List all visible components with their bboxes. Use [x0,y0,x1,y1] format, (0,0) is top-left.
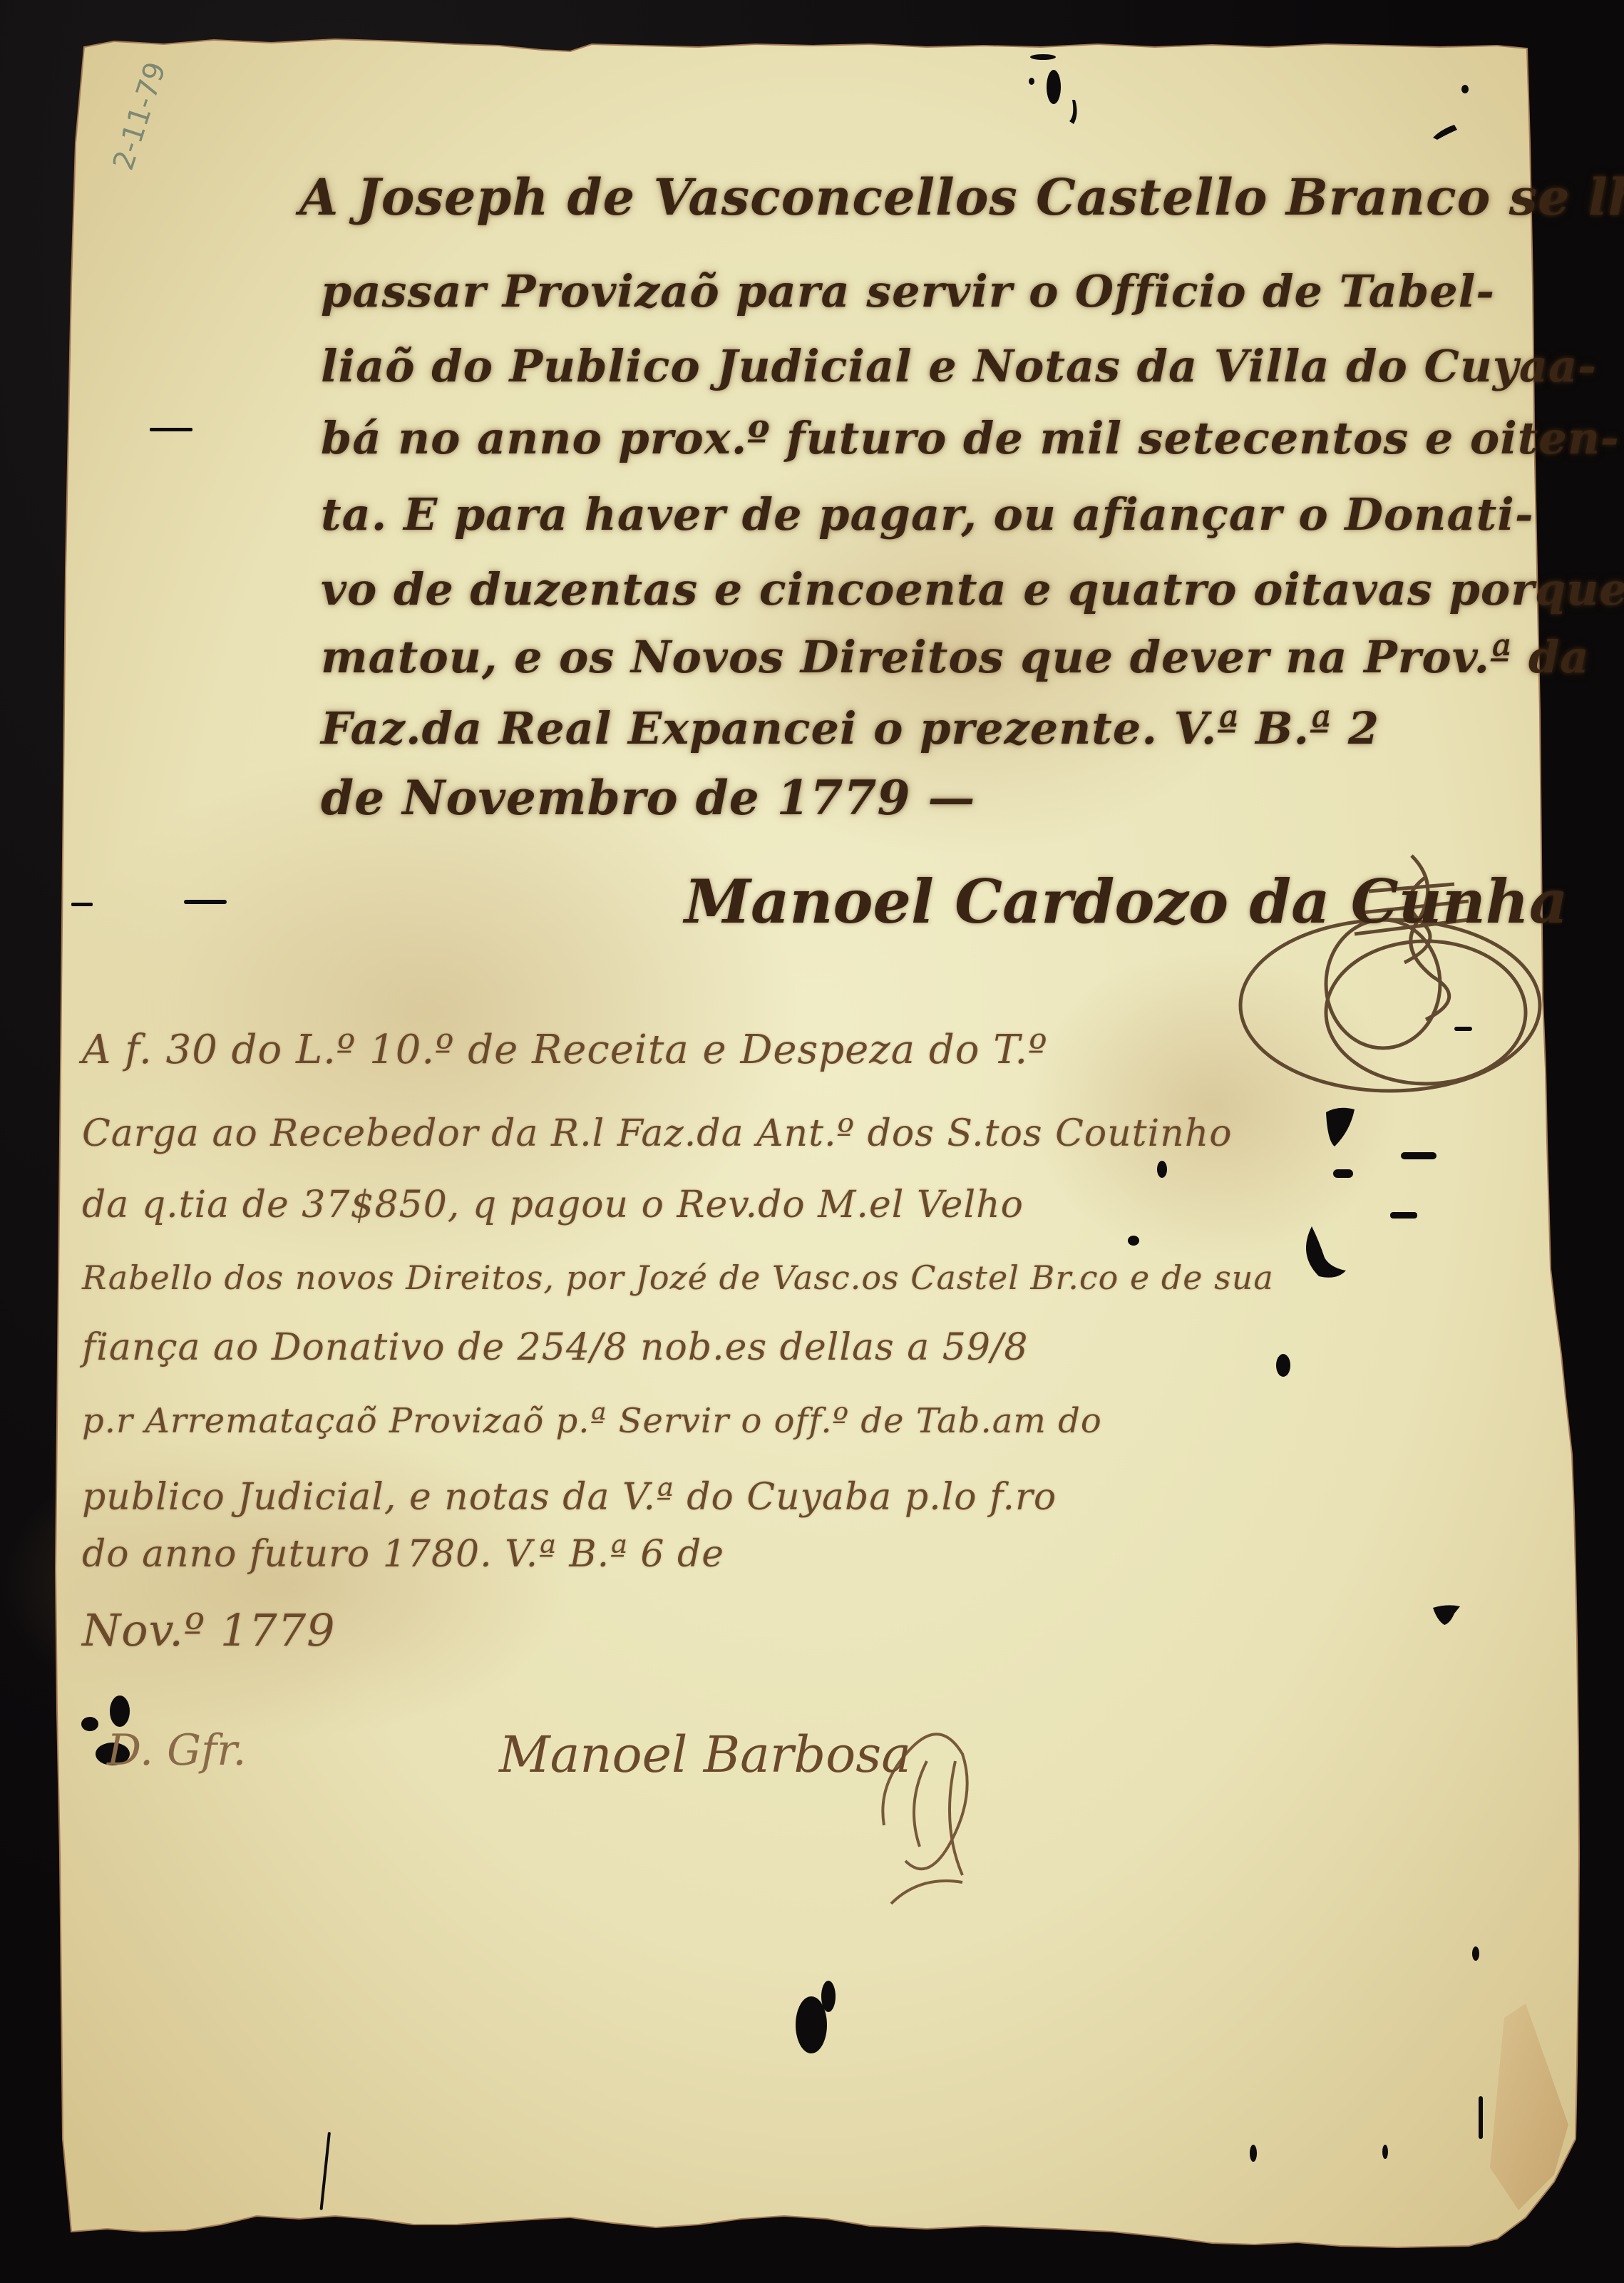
text-line: p.r Arremataçaõ Provizaõ p.ª Servir o of… [82,1401,1102,1441]
pencil-annotation: 2-11-79 [107,58,173,175]
text-line: Carga ao Recebedor da R.l Faz.da Ant.º d… [82,1112,1233,1155]
text-line: publico Judicial, e notas da V.ª do Cuya… [82,1476,1057,1519]
text-line: da q.tia de 37$850, q pagou o Rev.do M.e… [82,1184,1024,1226]
margin-mark: D. Gfr. [107,1725,246,1775]
text-line: Faz.da Real Expancei o prezente. V.ª B.ª… [321,702,1379,754]
text-line: Nov.º 1779 [82,1604,336,1656]
text-line: bá no anno prox.º futuro de mil setecent… [321,412,1620,464]
text-line: de Novembro de 1779 — [321,770,975,826]
text-line: ta. E para haver de pagar, ou afiançar o… [321,488,1534,540]
text-line: do anno futuro 1780. V.ª B.ª 6 de [82,1533,724,1576]
signature-lower: Manoel Barbosa [499,1725,911,1784]
text-line: liaõ do Publico Judicial e Notas da Vill… [321,340,1597,392]
text-line: Rabello dos novos Direitos, por Jozé de … [82,1258,1274,1297]
text-line: fiança ao Donativo de 254/8 nob.es della… [82,1326,1029,1369]
signature-upper: Manoel Cardozo da Cunha [684,866,1568,937]
text-line: passar Provizaõ para servir o Officio de… [321,265,1495,317]
text-line: matou, e os Novos Direitos que dever na … [321,631,1589,683]
text-line: A Joseph de Vasconcellos Castello Branco… [299,168,1624,227]
text-line: A f. 30 do L.º 10.º de Receita e Despeza… [82,1027,1048,1073]
text-line: vo de duzentas e cincoenta e quatro oita… [321,563,1624,615]
